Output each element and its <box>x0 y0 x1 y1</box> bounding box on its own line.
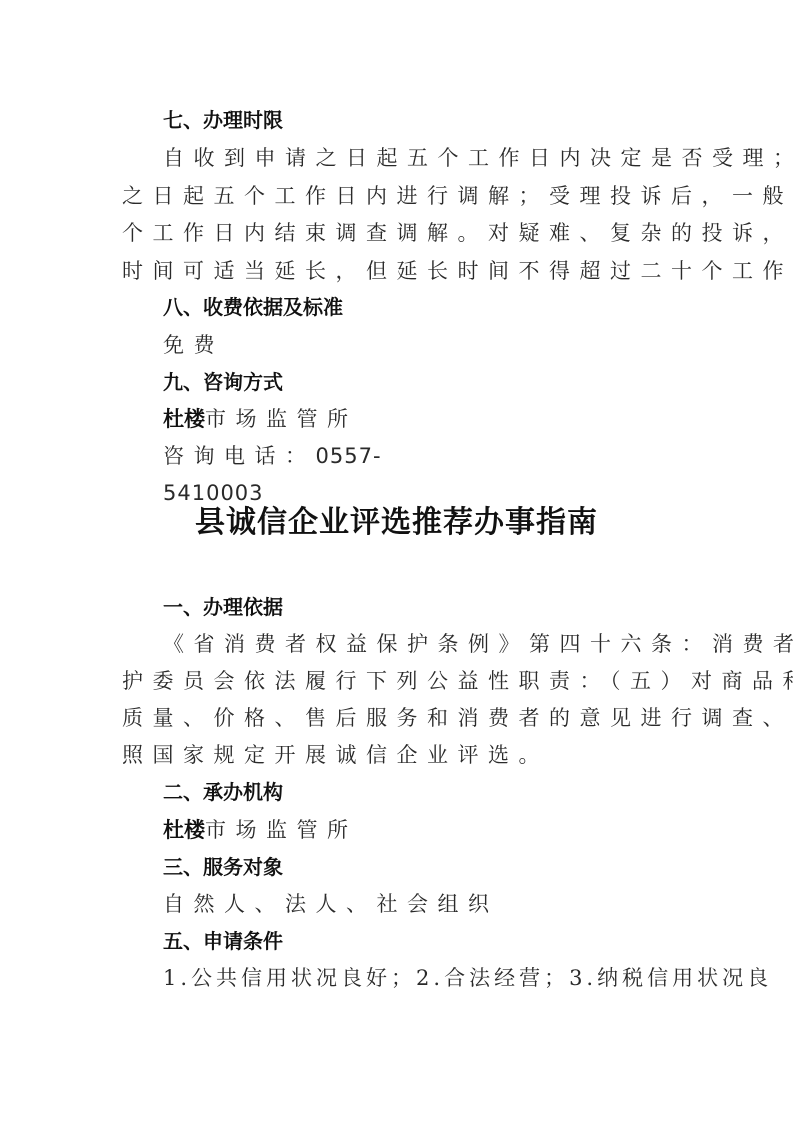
heading-service-targets: 三、服务对象 <box>163 855 283 879</box>
organization-name: 杜楼市场监管所 <box>163 818 358 842</box>
heading-time-limit: 七、办理时限 <box>163 108 283 132</box>
heading-fees: 八、收费依据及标准 <box>163 295 343 319</box>
paragraph-line: 护委员会依法履行下列公益性职责：（五）对商品和服务的 <box>122 669 793 693</box>
org-name-prefix: 杜楼 <box>163 818 205 842</box>
phone-number-part1: 0557- <box>316 444 382 468</box>
paragraph-line: 个工作日内结束调查调解。对疑难、复杂的投诉，调查调解 <box>122 221 793 245</box>
paragraph-line: 质量、价格、售后服务和消费者的意见进行调查、分析，按 <box>122 706 793 730</box>
heading-basis: 一、办理依据 <box>163 595 283 619</box>
paragraph-line: 之日起五个工作日内进行调解；受理投诉后，一般应在四十 <box>122 184 793 208</box>
phone-label: 咨询电话： <box>163 444 316 468</box>
org-name-suffix: 市场监管所 <box>205 407 358 431</box>
conditions-line: 1.公共信用状况良好；2.合法经营；3.纳税信用状况良 <box>163 966 772 990</box>
consult-phone: 咨询电话：0557- <box>163 444 382 468</box>
service-targets-text: 自然人、法人、社会组织 <box>163 892 499 916</box>
paragraph-line: 时间可适当延长，但延长时间不得超过二十个工作日。 <box>122 259 793 283</box>
heading-organization: 二、承办机构 <box>163 780 283 804</box>
fee-text: 免费 <box>163 333 224 357</box>
document-title: 县诚信企业评选推荐办事指南 <box>0 505 793 541</box>
paragraph-line: 《省消费者权益保护条例》第四十六条：消费者权益保 <box>163 632 793 656</box>
paragraph-line: 自收到申请之日起五个工作日内决定是否受理；自受理 <box>163 146 793 170</box>
org-name-suffix: 市场监管所 <box>205 818 358 842</box>
phone-number-part2: 5410003 <box>163 481 264 505</box>
document-page: 七、办理时限 自收到申请之日起五个工作日内决定是否受理；自受理 之日起五个工作日… <box>0 0 793 1122</box>
consult-org: 杜楼市场监管所 <box>163 407 358 431</box>
paragraph-line: 照国家规定开展诚信企业评选。 <box>122 743 549 767</box>
heading-conditions: 五、申请条件 <box>163 929 283 953</box>
heading-consultation: 九、咨询方式 <box>163 370 283 394</box>
org-name-prefix: 杜楼 <box>163 407 205 431</box>
